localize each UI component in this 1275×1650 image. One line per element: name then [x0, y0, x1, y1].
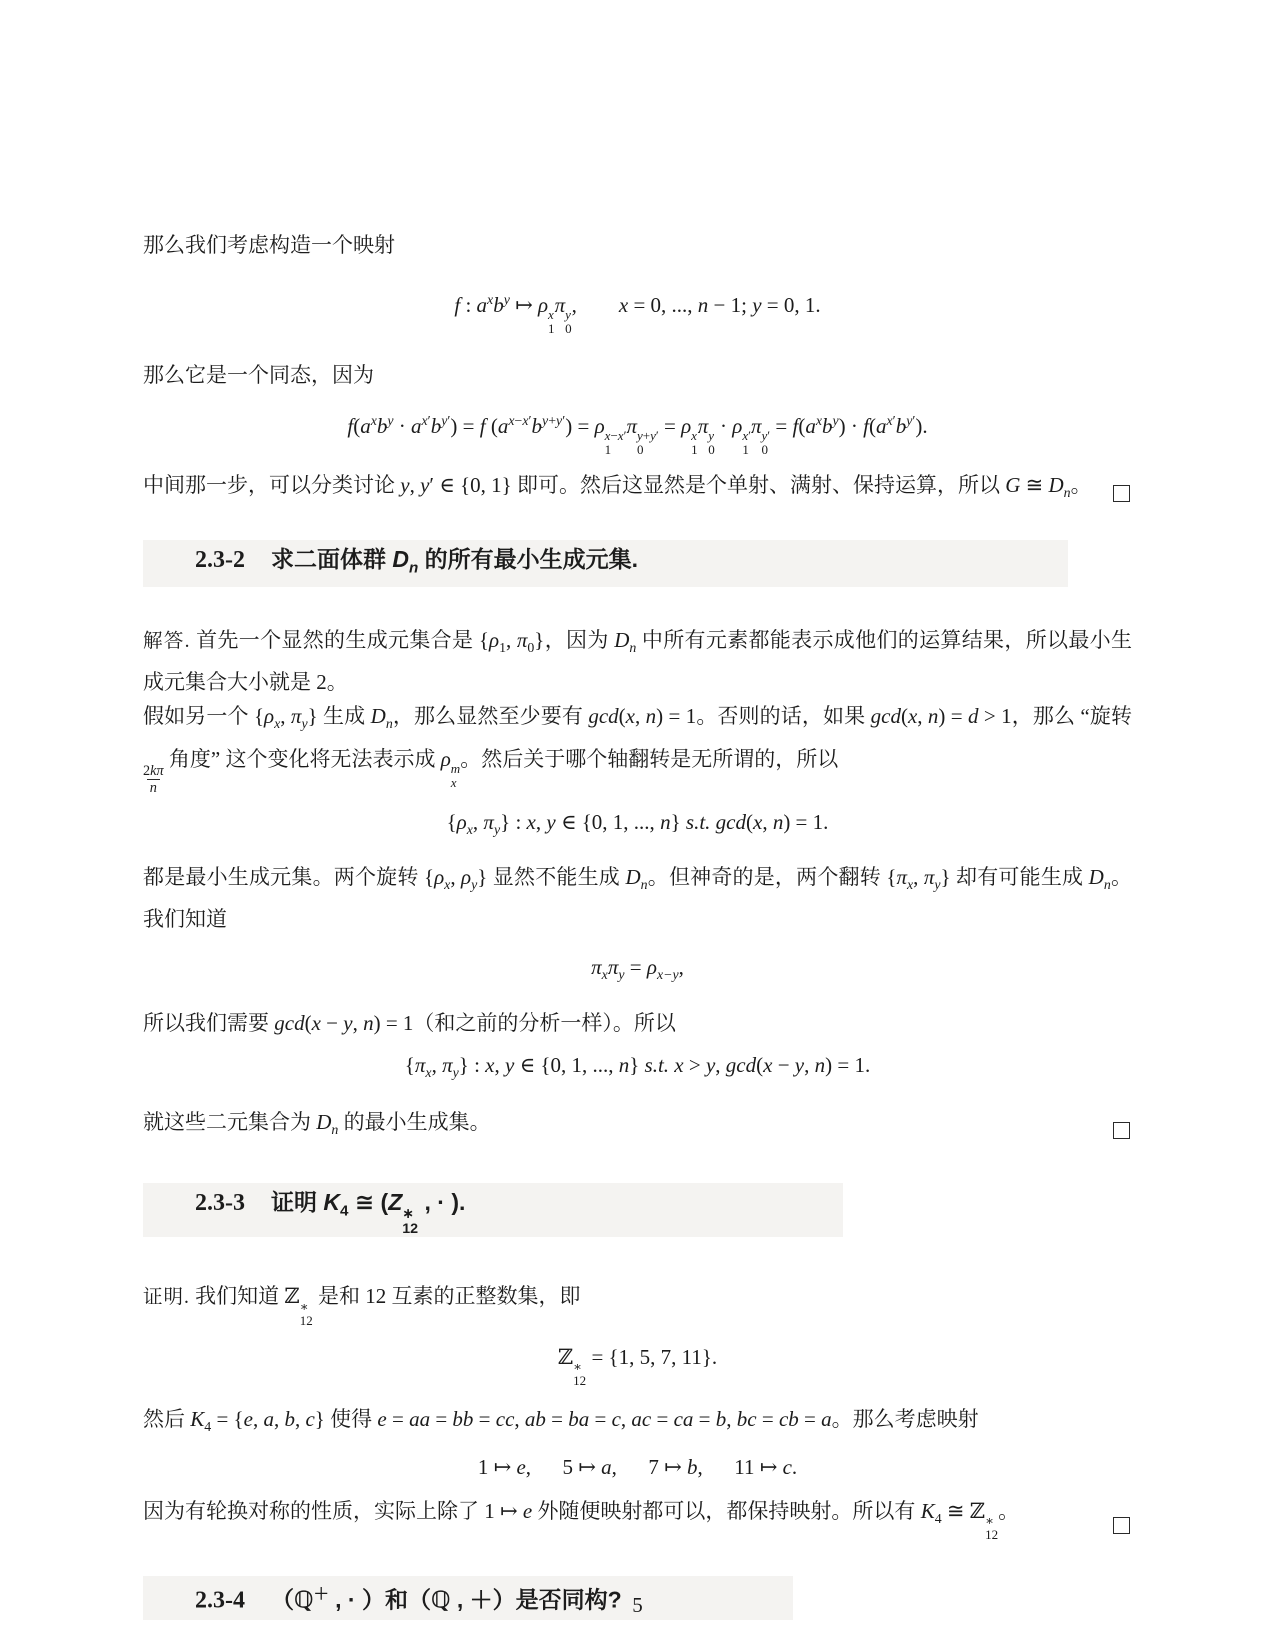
formula-z12-star: ℤ∗12 = {1, 5, 7, 11}. — [143, 1340, 1132, 1388]
paragraph-proof-2-3-3: 证明. 我们知道 ℤ∗12 是和 12 互素的正整数集，即 — [143, 1279, 1132, 1327]
formula-rho-pi-generating-set: {ρx, πy} : x, y ∈ {0, 1, ..., n} s.t. gc… — [143, 805, 1132, 847]
paragraph-conclusion-2-3-2: 就这些二元集合为 Dn 的最小生成集。 — [143, 1105, 1132, 1147]
formula-element-mapping: 1 ↦ e, 5 ↦ a, 7 ↦ b, 11 ↦ c. — [143, 1450, 1132, 1484]
qed-square-icon — [1113, 485, 1130, 502]
section-heading-2-3-3: 2.3-3证明 K4 ≅ (Z∗12 , · ). — [143, 1183, 843, 1238]
paragraph-homomorphism: 那么它是一个同态，因为 — [143, 358, 1132, 392]
paragraph-solution-part1: 解答. 首先一个显然的生成元集合是 {ρ1, π0}，因为 Dn 中所有元素都能… — [143, 623, 1132, 699]
formula-pi-generating-set: {πx, πy} : x, y ∈ {0, 1, ..., n} s.t. x … — [143, 1048, 1132, 1090]
paragraph-middle-step-text: 中间那一步，可以分类讨论 y, y′ ∈ {0, 1} 即可。然后这显然是个单射… — [143, 473, 1092, 497]
document-page: 那么我们考虑构造一个映射 f : axby ↦ ρx1πy0, x = 0, .… — [0, 0, 1275, 1650]
paragraph-middle-step: 中间那一步，可以分类讨论 y, y′ ∈ {0, 1} 即可。然后这显然是个单射… — [143, 468, 1132, 510]
paragraph-solution-part2: 假如另一个 {ρx, πy} 生成 Dn，那么显然至少要有 gcd(x, n) … — [143, 699, 1132, 796]
paragraph-conclusion-2-3-2-text: 就这些二元集合为 Dn 的最小生成集。 — [143, 1110, 491, 1134]
paragraph-klein-four: 然后 K4 = {e, a, b, c} 使得 e = aa = bb = cc… — [143, 1402, 1132, 1444]
paragraph-map-intro: 那么我们考虑构造一个映射 — [143, 228, 1132, 262]
qed-square-icon — [1113, 1122, 1130, 1139]
formula-map-definition: f : axby ↦ ρx1πy0, x = 0, ..., n − 1; y … — [143, 283, 1132, 336]
section-heading-2-3-2: 2.3-2求二面体群 Dn 的所有最小生成元集. — [143, 540, 1068, 588]
formula-pi-product: πxπy = ρx−y, — [143, 950, 1132, 992]
paragraph-conclusion-2-3-3: 因为有轮换对称的性质，实际上除了 1 ↦ e 外随便映射都可以，都保持映射。所以… — [143, 1494, 1132, 1542]
paragraph-need-gcd: 所以我们需要 gcd(x − y, n) = 1（和之前的分析一样）。所以 — [143, 1006, 1132, 1040]
qed-square-icon — [1113, 1517, 1130, 1534]
paragraph-conclusion-2-3-3-text: 因为有轮换对称的性质，实际上除了 1 ↦ e 外随便映射都可以，都保持映射。所以… — [143, 1499, 1019, 1523]
paragraph-generators: 都是最小生成元集。两个旋转 {ρx, ρy} 显然不能生成 Dn。但神奇的是，两… — [143, 860, 1132, 936]
page-number: 5 — [0, 1588, 1275, 1622]
formula-homomorphism-check: f(axby · ax′by′) = f (ax−x′by+y′) = ρx−x… — [143, 404, 1132, 457]
